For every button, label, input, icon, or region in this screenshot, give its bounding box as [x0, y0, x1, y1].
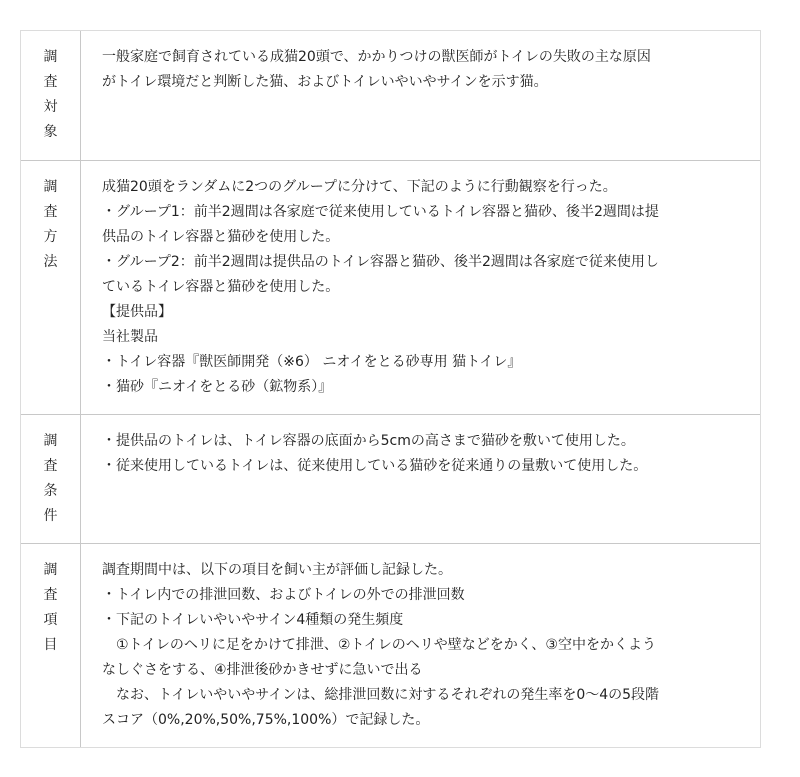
label-char: 法	[44, 250, 58, 275]
row-label: 調 査 対 象	[21, 31, 81, 160]
label-char: 調	[44, 429, 58, 454]
row-label: 調 査 条 件	[21, 415, 81, 543]
label-char: 方	[44, 225, 58, 250]
content-line: 当社製品	[102, 325, 740, 350]
row-survey-method: 調 査 方 法 成猫20頭をランダムに2つのグループに分けて、下記のように行動観…	[21, 160, 760, 414]
content-line: ・グループ2：前半2週間は提供品のトイレ容器と猫砂、後半2週間は各家庭で従来使用…	[102, 250, 740, 275]
row-survey-items: 調 査 項 目 調査期間中は、以下の項目を飼い主が評価し記録した。 ・トイレ内で…	[21, 543, 760, 747]
content-line: なしぐさをする、④排泄後砂かきせずに急いで出る	[102, 658, 740, 683]
content-line: ・トイレ内での排泄回数、およびトイレの外での排泄回数	[102, 583, 740, 608]
content-line: ①トイレのヘリに足をかけて排泄、②トイレのヘリや壁などをかく、③空中をかくよう	[102, 633, 740, 658]
label-char: 査	[44, 583, 58, 608]
label-char: 査	[44, 70, 58, 95]
content-line: スコア（0%,20%,50%,75%,100%）で記録した。	[102, 708, 740, 733]
row-content: 調査期間中は、以下の項目を飼い主が評価し記録した。 ・トイレ内での排泄回数、およ…	[81, 544, 760, 747]
content-line: なお、トイレいやいやサインは、総排泄回数に対するそれぞれの発生率を0～4の5段階	[102, 683, 740, 708]
label-char: 件	[44, 504, 58, 529]
content-line: がトイレ環境だと判断した猫、およびトイレいやいやサインを示す猫。	[102, 70, 740, 95]
content-line: ・従来使用しているトイレは、従来使用している猫砂を従来通りの量敷いて使用した。	[102, 454, 740, 479]
label-char: 査	[44, 200, 58, 225]
content-line: ・トイレ容器『獣医師開発（※6） ニオイをとる砂専用 猫トイレ』	[102, 350, 740, 375]
row-content: 一般家庭で飼育されている成猫20頭で、かかりつけの獣医師がトイレの失敗の主な原因…	[81, 31, 760, 160]
content-line: ・下記のトイレいやいやサイン4種類の発生頻度	[102, 608, 740, 633]
label-char: 象	[44, 120, 58, 145]
survey-table: 調 査 対 象 一般家庭で飼育されている成猫20頭で、かかりつけの獣医師がトイレ…	[20, 30, 761, 748]
row-content: ・提供品のトイレは、トイレ容器の底面から5cmの高さまで猫砂を敷いて使用した。 …	[81, 415, 760, 543]
label-char: 査	[44, 454, 58, 479]
content-line: 【提供品】	[102, 300, 740, 325]
label-char: 条	[44, 479, 58, 504]
label-char: 調	[44, 558, 58, 583]
label-char: 目	[44, 633, 58, 658]
content-line: ・猫砂『ニオイをとる砂（鉱物系）』	[102, 375, 740, 400]
content-line: 調査期間中は、以下の項目を飼い主が評価し記録した。	[102, 558, 740, 583]
content-line: ・提供品のトイレは、トイレ容器の底面から5cmの高さまで猫砂を敷いて使用した。	[102, 429, 740, 454]
row-label: 調 査 項 目	[21, 544, 81, 747]
content-line: 成猫20頭をランダムに2つのグループに分けて、下記のように行動観察を行った。	[102, 175, 740, 200]
content-line: ているトイレ容器と猫砂を使用した。	[102, 275, 740, 300]
content-line: 供品のトイレ容器と猫砂を使用した。	[102, 225, 740, 250]
content-line: ・グループ1：前半2週間は各家庭で従来使用しているトイレ容器と猫砂、後半2週間は…	[102, 200, 740, 225]
row-survey-conditions: 調 査 条 件 ・提供品のトイレは、トイレ容器の底面から5cmの高さまで猫砂を敷…	[21, 414, 760, 543]
content-line: 一般家庭で飼育されている成猫20頭で、かかりつけの獣医師がトイレの失敗の主な原因	[102, 45, 740, 70]
row-survey-subject: 調 査 対 象 一般家庭で飼育されている成猫20頭で、かかりつけの獣医師がトイレ…	[21, 31, 760, 160]
label-char: 調	[44, 45, 58, 70]
row-label: 調 査 方 法	[21, 161, 81, 414]
label-char: 調	[44, 175, 58, 200]
row-content: 成猫20頭をランダムに2つのグループに分けて、下記のように行動観察を行った。 ・…	[81, 161, 760, 414]
label-char: 対	[44, 95, 58, 120]
label-char: 項	[44, 608, 58, 633]
